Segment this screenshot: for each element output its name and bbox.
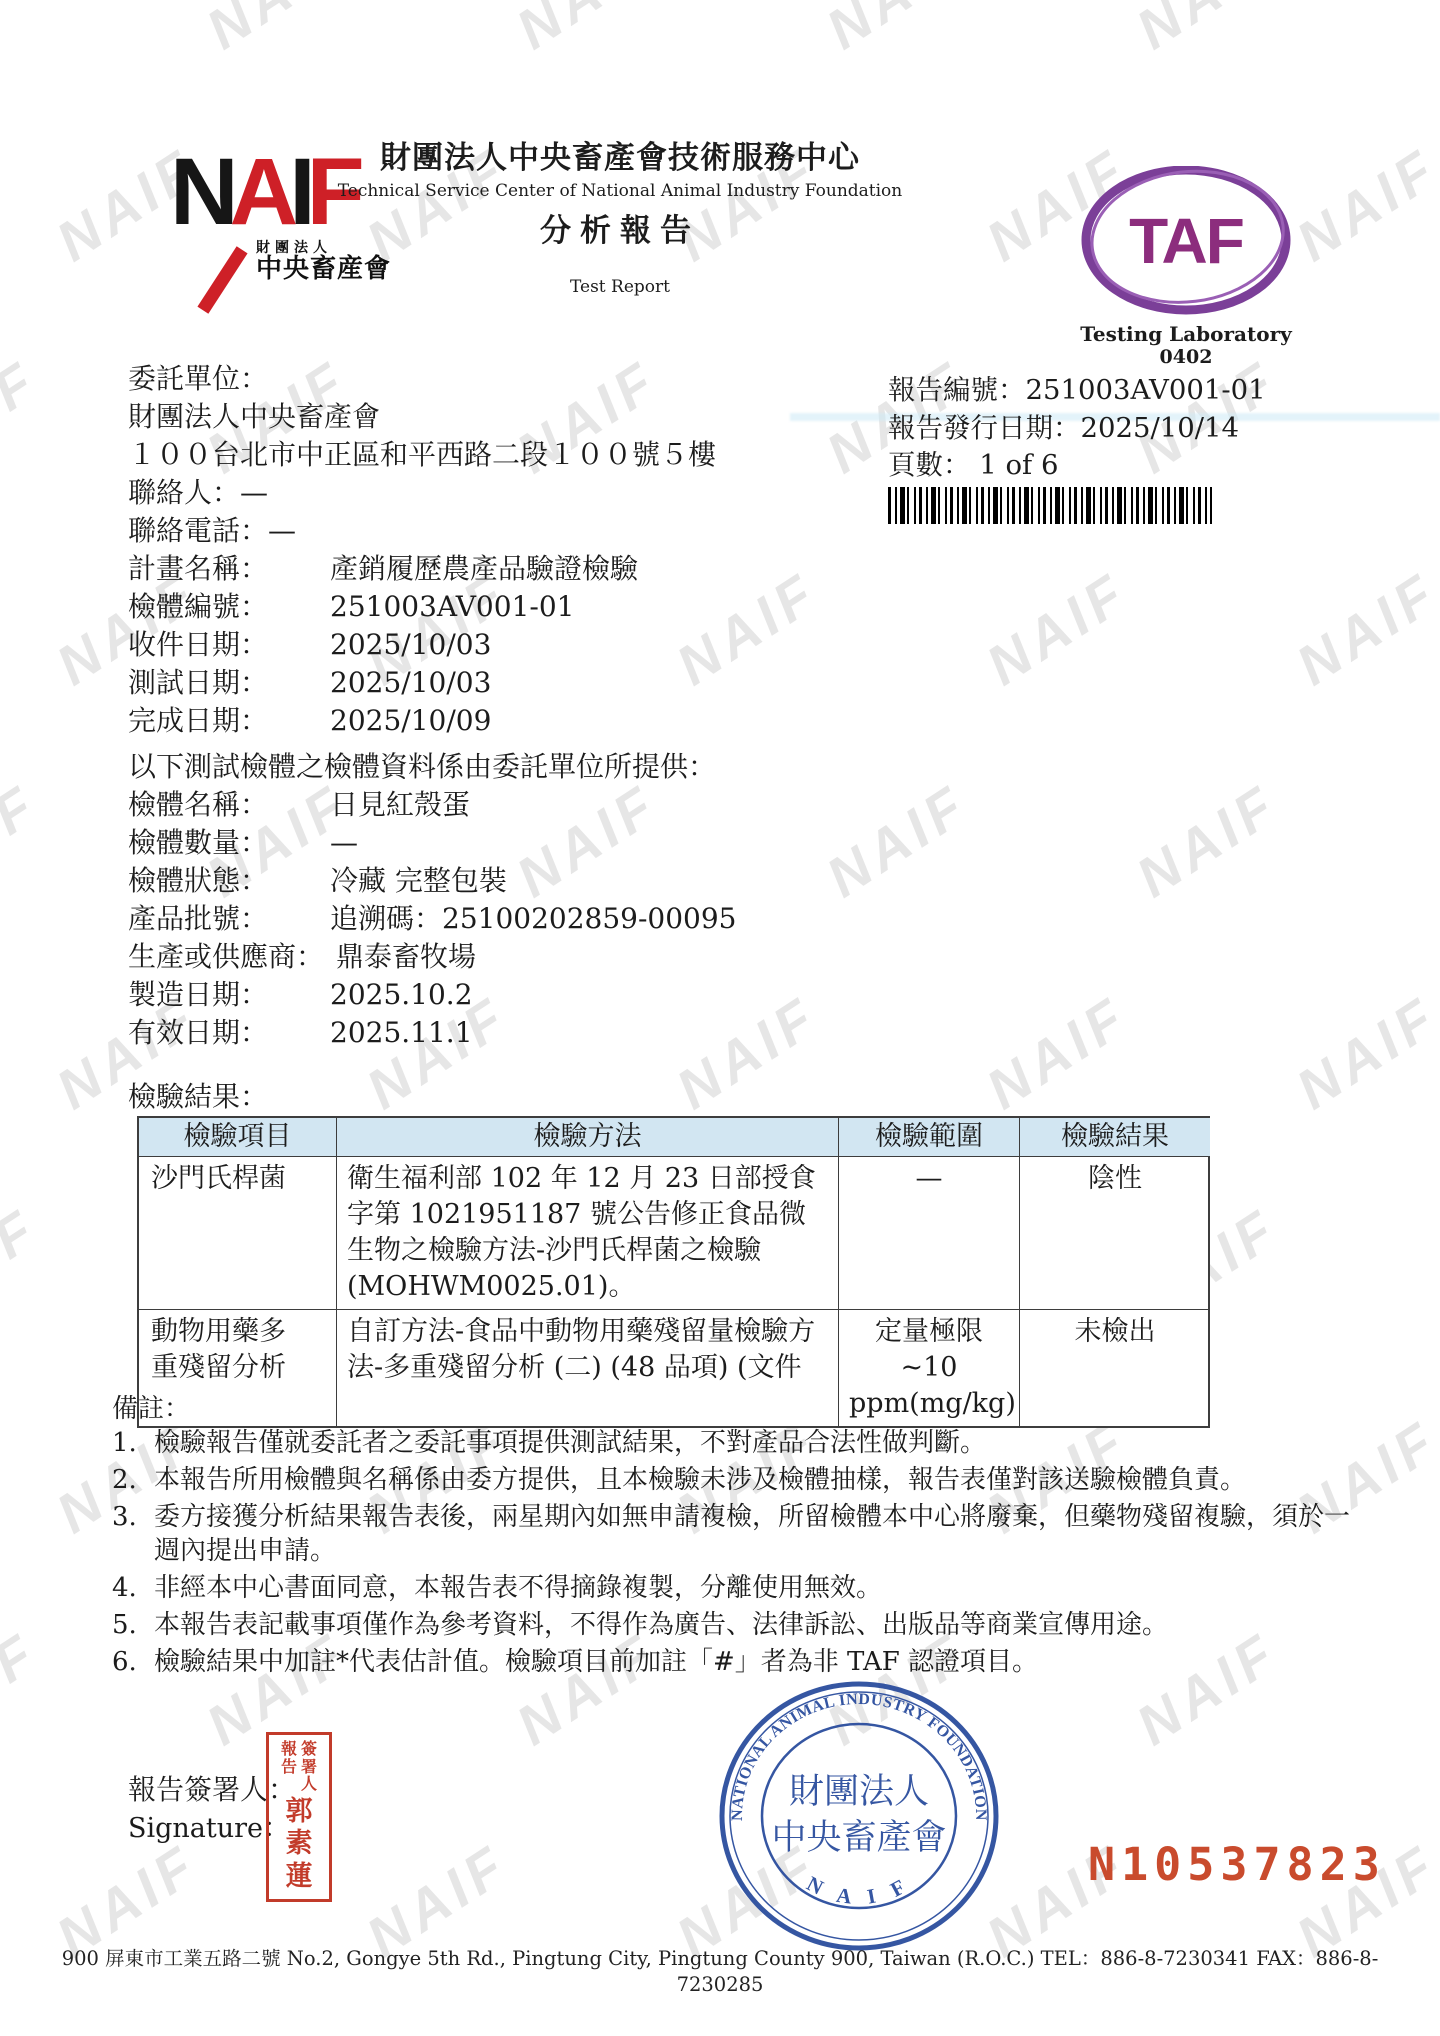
seal-arc-bottom-text: N A I F [803,1871,915,1909]
test-date-label: 測試日期： [128,664,330,702]
note-2-text: 本報告所用檢體與名稱係由委方提供，且本檢驗未涉及檢體抽樣，報告表僅對該送驗檢體負… [154,1463,1246,1497]
report-number-row: 報告編號：251003AV001-01 [888,372,1308,410]
stamp-right-column: 簽署人 [301,1740,317,1793]
org-title-zh: 財團法人中央畜產會技術服務中心 [330,138,910,178]
seal-center-line1: 財團法人 [789,1772,929,1812]
issue-date-value: 2025/10/14 [1081,412,1240,444]
batch-number-label: 產品批號： [128,900,330,938]
mfg-date-label: 製造日期： [128,976,330,1014]
producer-row: 生產或供應商：鼎泰畜牧場 [128,938,888,976]
sample-intro: 以下測試檢體之檢體資料係由委託單位所提供： [128,748,888,786]
receive-date-value: 2025/10/03 [330,626,491,664]
note-item-2: 2.本報告所用檢體與名稱係由委方提供，且本檢驗未涉及檢體抽樣，報告表僅對該送驗檢… [112,1463,1360,1497]
test-date-row: 測試日期：2025/10/03 [128,664,828,702]
sample-name-row: 檢體名稱：日見紅殼蛋 [128,786,888,824]
serial-number: N10537823 [1088,1838,1386,1891]
report-info-block: 報告編號：251003AV001-01 報告發行日期：2025/10/14 頁數… [888,372,1308,485]
project-name-value: 產銷履歷農產品驗證檢驗 [330,550,638,588]
note-item-1: 1.檢驗報告僅就委託者之委託事項提供測試結果，不對產品合法性做判斷。 [112,1426,1360,1460]
note-3-text: 委方接獲分析結果報告表後，兩星期內如無申請複檢，所留檢體本中心將廢棄，但藥物殘留… [154,1500,1360,1568]
report-number-label: 報告編號： [888,374,1026,406]
mfg-date-value: 2025.10.2 [330,976,473,1014]
report-number-value: 251003AV001-01 [1026,374,1266,406]
complete-date-value: 2025/10/09 [330,702,491,740]
expiry-date-value: 2025.11.1 [330,1014,473,1052]
header-center: 財團法人中央畜產會技術服務中心 Technical Service Center… [330,138,910,298]
sample-state-value: 冷藏 完整包裝 [330,862,507,900]
col-header-range: 檢驗範圍 [839,1118,1020,1157]
receive-date-row: 收件日期：2025/10/03 [128,626,828,664]
sample-name-label: 檢體名稱： [128,786,330,824]
taf-caption-line1: Testing Laboratory [1078,322,1294,346]
results-table: 檢驗項目 檢驗方法 檢驗範圍 檢驗結果 沙門氏桿菌 衛生福利部 102 年 12… [137,1116,1210,1428]
naif-letter-n: N [170,139,230,245]
page-count-value: 1 of 6 [971,449,1059,481]
note-4-text: 非經本中心書面同意，本報告表不得摘錄複製，分離使用無效。 [154,1571,882,1605]
note-3-number: 3. [112,1500,154,1568]
signer-stamp-title: 報告 簽署人 [281,1740,317,1793]
notes-section: 備註： 1.檢驗報告僅就委託者之委託事項提供測試結果，不對產品合法性做判斷。 2… [112,1394,1360,1682]
expiry-date-row: 有效日期：2025.11.1 [128,1014,888,1052]
sample-state-label: 檢體狀態： [128,862,330,900]
note-item-6: 6.檢驗結果中加註*代表估計值。檢驗項目前加註「#」者為非 TAF 認證項目。 [112,1645,1360,1679]
sample-id-label: 檢體編號： [128,588,330,626]
batch-number-row: 產品批號：追溯碼：25100202859-00095 [128,900,888,938]
row1-range-cell: — [839,1157,1020,1310]
row1-item-cell: 沙門氏桿菌 [139,1157,337,1310]
naif-letter-a: A [230,139,290,245]
foundation-seal: NATIONAL ANIMAL INDUSTRY FOUNDATION N A … [714,1676,1004,1956]
taf-logo-icon: TAF [1078,166,1294,318]
col-header-method: 檢驗方法 [337,1118,839,1157]
report-title-en: Test Report [330,276,910,298]
note-5-number: 5. [112,1608,154,1642]
note-5-text: 本報告表記載事項僅作為參考資料，不得作為廣告、法律訴訟、出版品等商業宣傳用途。 [154,1608,1168,1642]
sample-name-value: 日見紅殼蛋 [330,786,470,824]
taf-mark: TAF Testing Laboratory 0402 [1078,166,1294,368]
notes-title: 備註： [112,1394,1360,1424]
project-name-label: 計畫名稱： [128,550,330,588]
naif-logo-slash [197,246,247,313]
stamp-left-column: 報告 [281,1740,297,1793]
signer-stamp: 報告 簽署人 郭素蓮 [266,1732,332,1902]
complete-date-row: 完成日期：2025/10/09 [128,702,828,740]
contact-person: 聯絡人：— [128,474,828,512]
client-address: １００台北市中正區和平西路二段１００號５樓 [128,436,828,474]
report-title-zh: 分析報告 [330,212,910,250]
producer-value: 鼎泰畜牧場 [336,938,476,976]
note-1-number: 1. [112,1426,154,1460]
note-item-5: 5.本報告表記載事項僅作為參考資料，不得作為廣告、法律訴訟、出版品等商業宣傳用途… [112,1608,1360,1642]
sample-info-block: 以下測試檢體之檢體資料係由委託單位所提供： 檢體名稱：日見紅殼蛋 檢體數量：— … [128,748,888,1052]
note-4-number: 4. [112,1571,154,1605]
note-2-number: 2. [112,1463,154,1497]
batch-number-value: 追溯碼：25100202859-00095 [330,900,737,938]
note-item-3: 3.委方接獲分析結果報告表後，兩星期內如無申請複檢，所留檢體本中心將廢棄，但藥物… [112,1500,1360,1568]
note-6-text: 檢驗結果中加註*代表估計值。檢驗項目前加註「#」者為非 TAF 認證項目。 [154,1645,1038,1679]
svg-text:N A I F: N A I F [803,1871,915,1909]
client-info-block: 委託單位： 財團法人中央畜產會 １００台北市中正區和平西路二段１００號５樓 聯絡… [128,360,828,740]
barcode [888,487,1212,524]
receive-date-label: 收件日期： [128,626,330,664]
org-title-en: Technical Service Center of National Ani… [330,180,910,202]
page-count-row: 頁數： 1 of 6 [888,447,1308,485]
page-count-label: 頁數： [888,449,971,481]
row1-method-cell: 衛生福利部 102 年 12 月 23 日部授食字第 1021951187 號公… [337,1157,839,1310]
row1-result-cell: 陰性 [1020,1157,1210,1310]
note-1-text: 檢驗報告僅就委託者之委託事項提供測試結果，不對產品合法性做判斷。 [154,1426,986,1460]
issue-date-row: 報告發行日期：2025/10/14 [888,410,1308,448]
complete-date-label: 完成日期： [128,702,330,740]
seal-center-line2: 中央畜產會 [771,1818,946,1858]
taf-caption-line2: 0402 [1078,346,1294,368]
test-report-page: NAIFNAIFNAIFNAIFNAIFNAIFNAIFNAIFNAIFNAIF… [0,0,1440,2036]
results-section-title: 檢驗結果： [128,1080,268,1114]
naif-letter-i: I [289,139,306,245]
expiry-date-label: 有效日期： [128,1014,330,1052]
mfg-date-row: 製造日期：2025.10.2 [128,976,888,1014]
footer-address: 900 屏東市工業五路二號 No.2, Gongye 5th Rd., Ping… [60,1946,1380,1998]
taf-letters: TAF [1129,205,1243,277]
note-item-4: 4.非經本中心書面同意，本報告表不得摘錄複製，分離使用無效。 [112,1571,1360,1605]
sample-qty-value: — [330,824,358,862]
sample-id-row: 檢體編號：251003AV001-01 [128,588,828,626]
project-name-row: 計畫名稱：產銷履歷農產品驗證檢驗 [128,550,828,588]
signer-stamp-name: 郭素蓮 [286,1796,313,1893]
col-header-result: 檢驗結果 [1020,1118,1210,1157]
issue-date-label: 報告發行日期： [888,412,1081,444]
sample-qty-label: 檢體數量： [128,824,330,862]
sample-state-row: 檢體狀態：冷藏 完整包裝 [128,862,888,900]
producer-label: 生產或供應商： [128,938,336,976]
contact-phone: 聯絡電話：— [128,512,828,550]
sample-id-value: 251003AV001-01 [330,588,574,626]
client-label: 委託單位： [128,360,828,398]
client-name: 財團法人中央畜產會 [128,398,828,436]
sample-qty-row: 檢體數量：— [128,824,888,862]
note-6-number: 6. [112,1645,154,1679]
col-header-item: 檢驗項目 [139,1118,337,1157]
test-date-value: 2025/10/03 [330,664,491,702]
